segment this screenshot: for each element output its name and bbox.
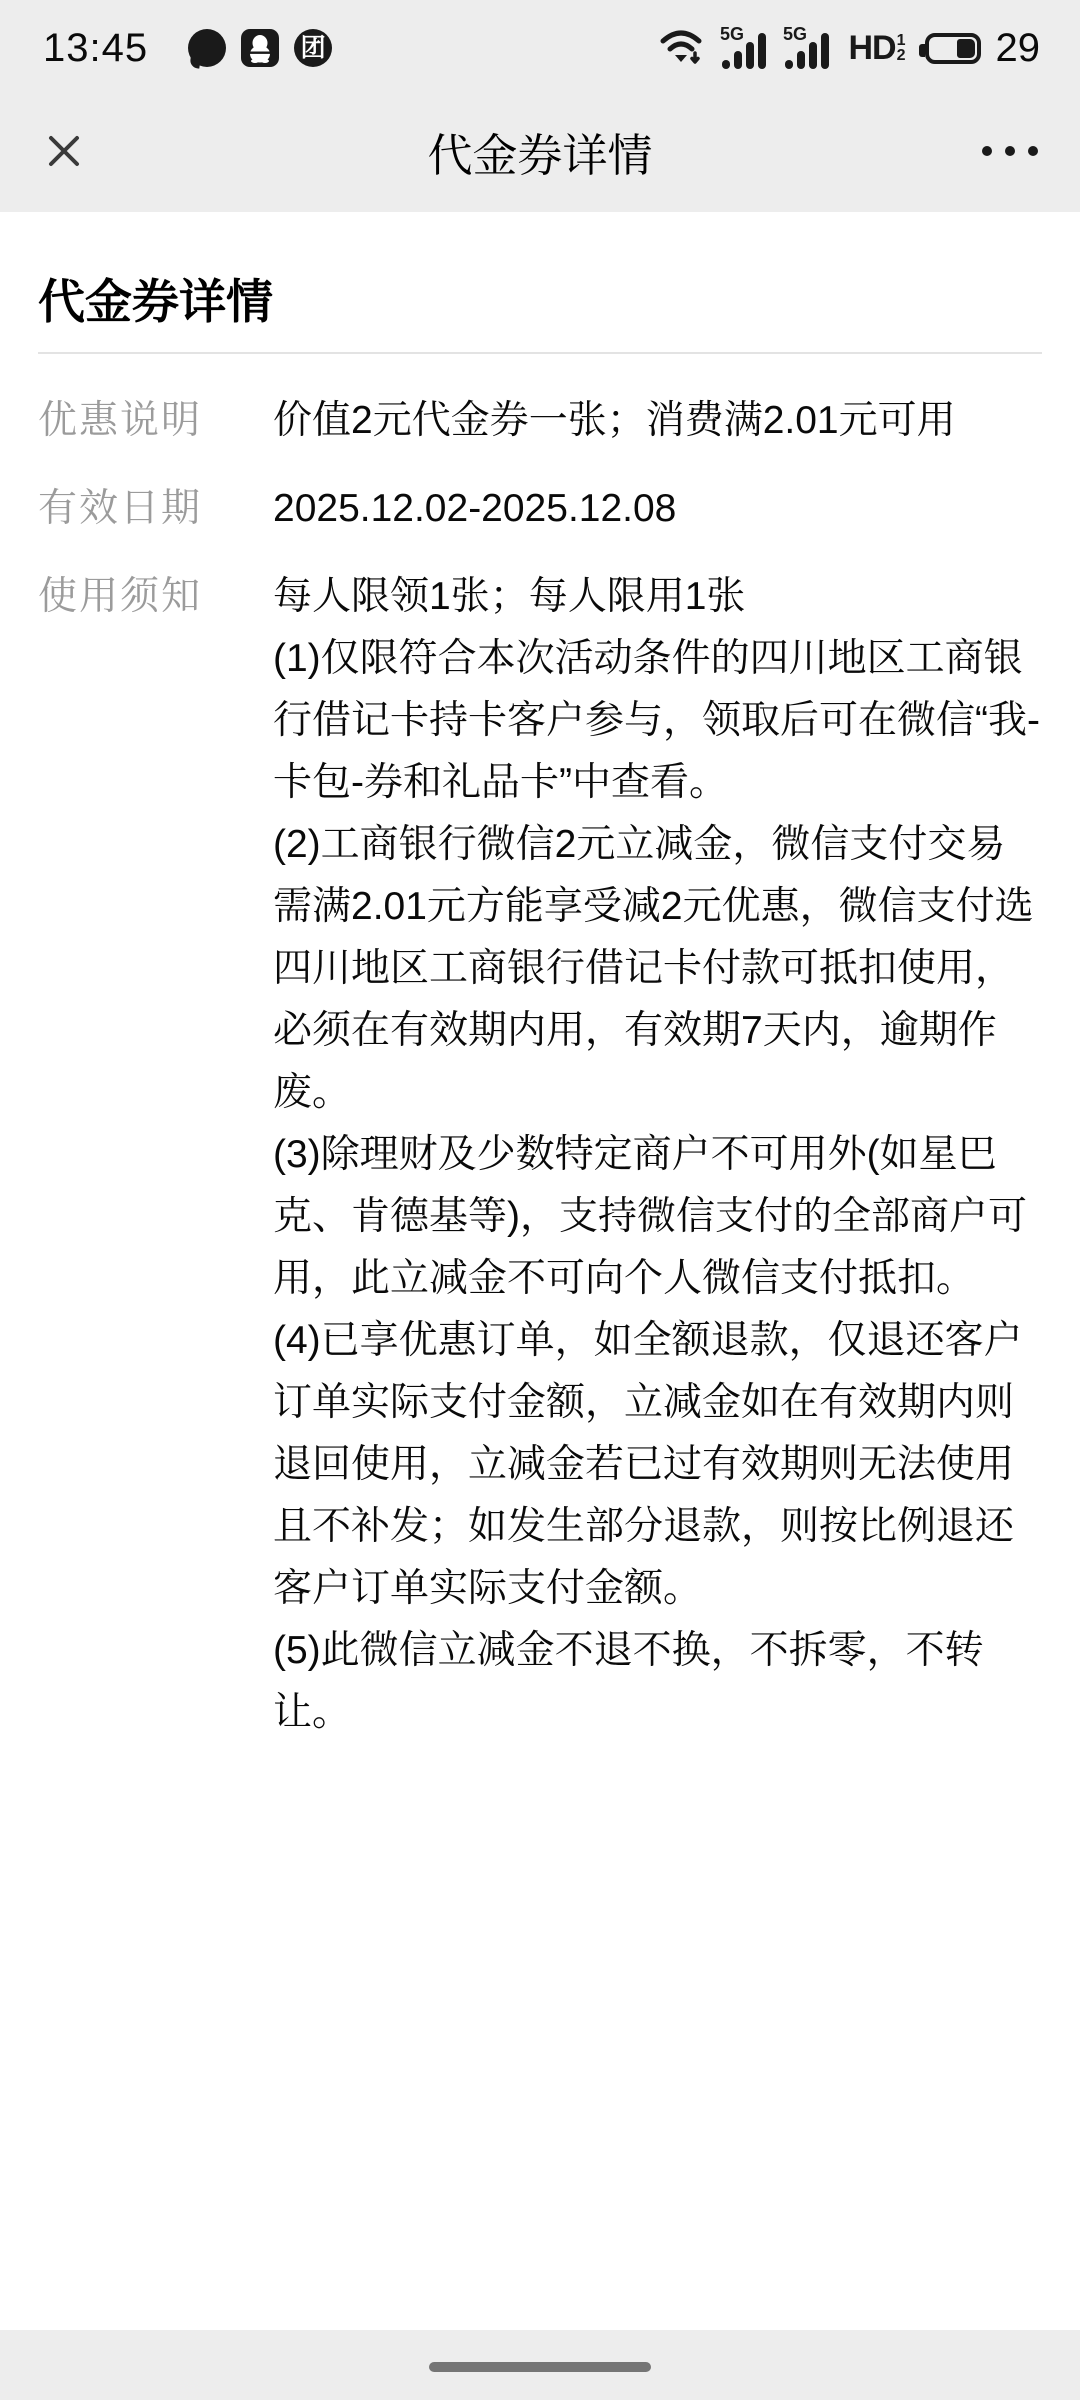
notification-icons: 团 (188, 29, 332, 67)
tuan-glyph: 团 (301, 36, 326, 61)
notice-paragraph: (4)已享优惠订单，如全额退款，仅退还客户订单实际支付金额，立减金如在有效期内则… (273, 1310, 1042, 1620)
sim1-signal-icon: 5G (720, 25, 770, 71)
phone-screen: 13:45 团 (0, 0, 1080, 2400)
status-bar-right: 5G 5G HD 1 2 29 (659, 25, 1040, 71)
row-value: 每人限领1张；每人限用1张 (1)仅限符合本次活动条件的四川地区工商银行借记卡持… (273, 566, 1042, 1744)
detail-row-discount: 优惠说明 价值2元代金券一张；消费满2.01元可用 (38, 390, 1042, 452)
qq-penguin-glyph (245, 33, 275, 63)
detail-row-notice: 使用须知 每人限领1张；每人限用1张 (1)仅限符合本次活动条件的四川地区工商银… (38, 566, 1042, 1744)
row-value: 2025.12.02-2025.12.08 (273, 478, 1042, 540)
row-label: 使用须知 (38, 566, 273, 1744)
volte-hd-icon: HD 1 2 (848, 29, 905, 68)
navigation-bar: 代金券详情 (0, 90, 1080, 212)
home-indicator[interactable] (429, 2362, 651, 2372)
sim2-signal-icon: 5G (783, 25, 833, 71)
gesture-bar-area (0, 2330, 1080, 2400)
sim2-network-label: 5G (783, 25, 807, 44)
row-label: 有效日期 (38, 478, 273, 540)
battery-percent: 29 (996, 26, 1041, 71)
more-menu-icon[interactable] (982, 129, 1038, 173)
notice-paragraph: (3)除理财及少数特定商户不可用外(如星巴克、肯德基等)，支持微信支付的全部商户… (273, 1124, 1042, 1310)
status-time: 13:45 (43, 26, 148, 71)
notice-paragraph: (5)此微信立减金不退不换，不拆零，不转让。 (273, 1620, 1042, 1744)
wifi-icon (659, 27, 707, 69)
notice-paragraph: 每人限领1张；每人限用1张 (273, 566, 1042, 628)
detail-row-validity: 有效日期 2025.12.02-2025.12.08 (38, 478, 1042, 540)
hd-label: HD (848, 29, 895, 68)
qq-icon (241, 29, 279, 67)
divider (38, 352, 1042, 354)
notice-paragraph: (2)工商银行微信2元立减金，微信支付交易需满2.01元方能享受减2元优惠，微信… (273, 814, 1042, 1124)
notice-paragraph: (1)仅限符合本次活动条件的四川地区工商银行借记卡持卡客户参与，领取后可在微信“… (273, 628, 1042, 814)
section-heading: 代金券详情 (38, 274, 1042, 330)
battery-icon (925, 33, 981, 64)
row-value: 价值2元代金券一张；消费满2.01元可用 (273, 390, 1042, 452)
row-label: 优惠说明 (38, 390, 273, 452)
page-title: 代金券详情 (0, 119, 1080, 184)
hd-sup: 1 (897, 33, 906, 48)
sim1-network-label: 5G (720, 25, 744, 44)
tuan-icon: 团 (294, 29, 332, 67)
status-bar: 13:45 团 (0, 0, 1080, 90)
close-icon[interactable] (42, 129, 86, 173)
hd-sub: 2 (897, 48, 906, 63)
voucher-detail-content: 代金券详情 优惠说明 价值2元代金券一张；消费满2.01元可用 有效日期 202… (0, 212, 1080, 1744)
chat-bubble-icon (188, 29, 226, 67)
